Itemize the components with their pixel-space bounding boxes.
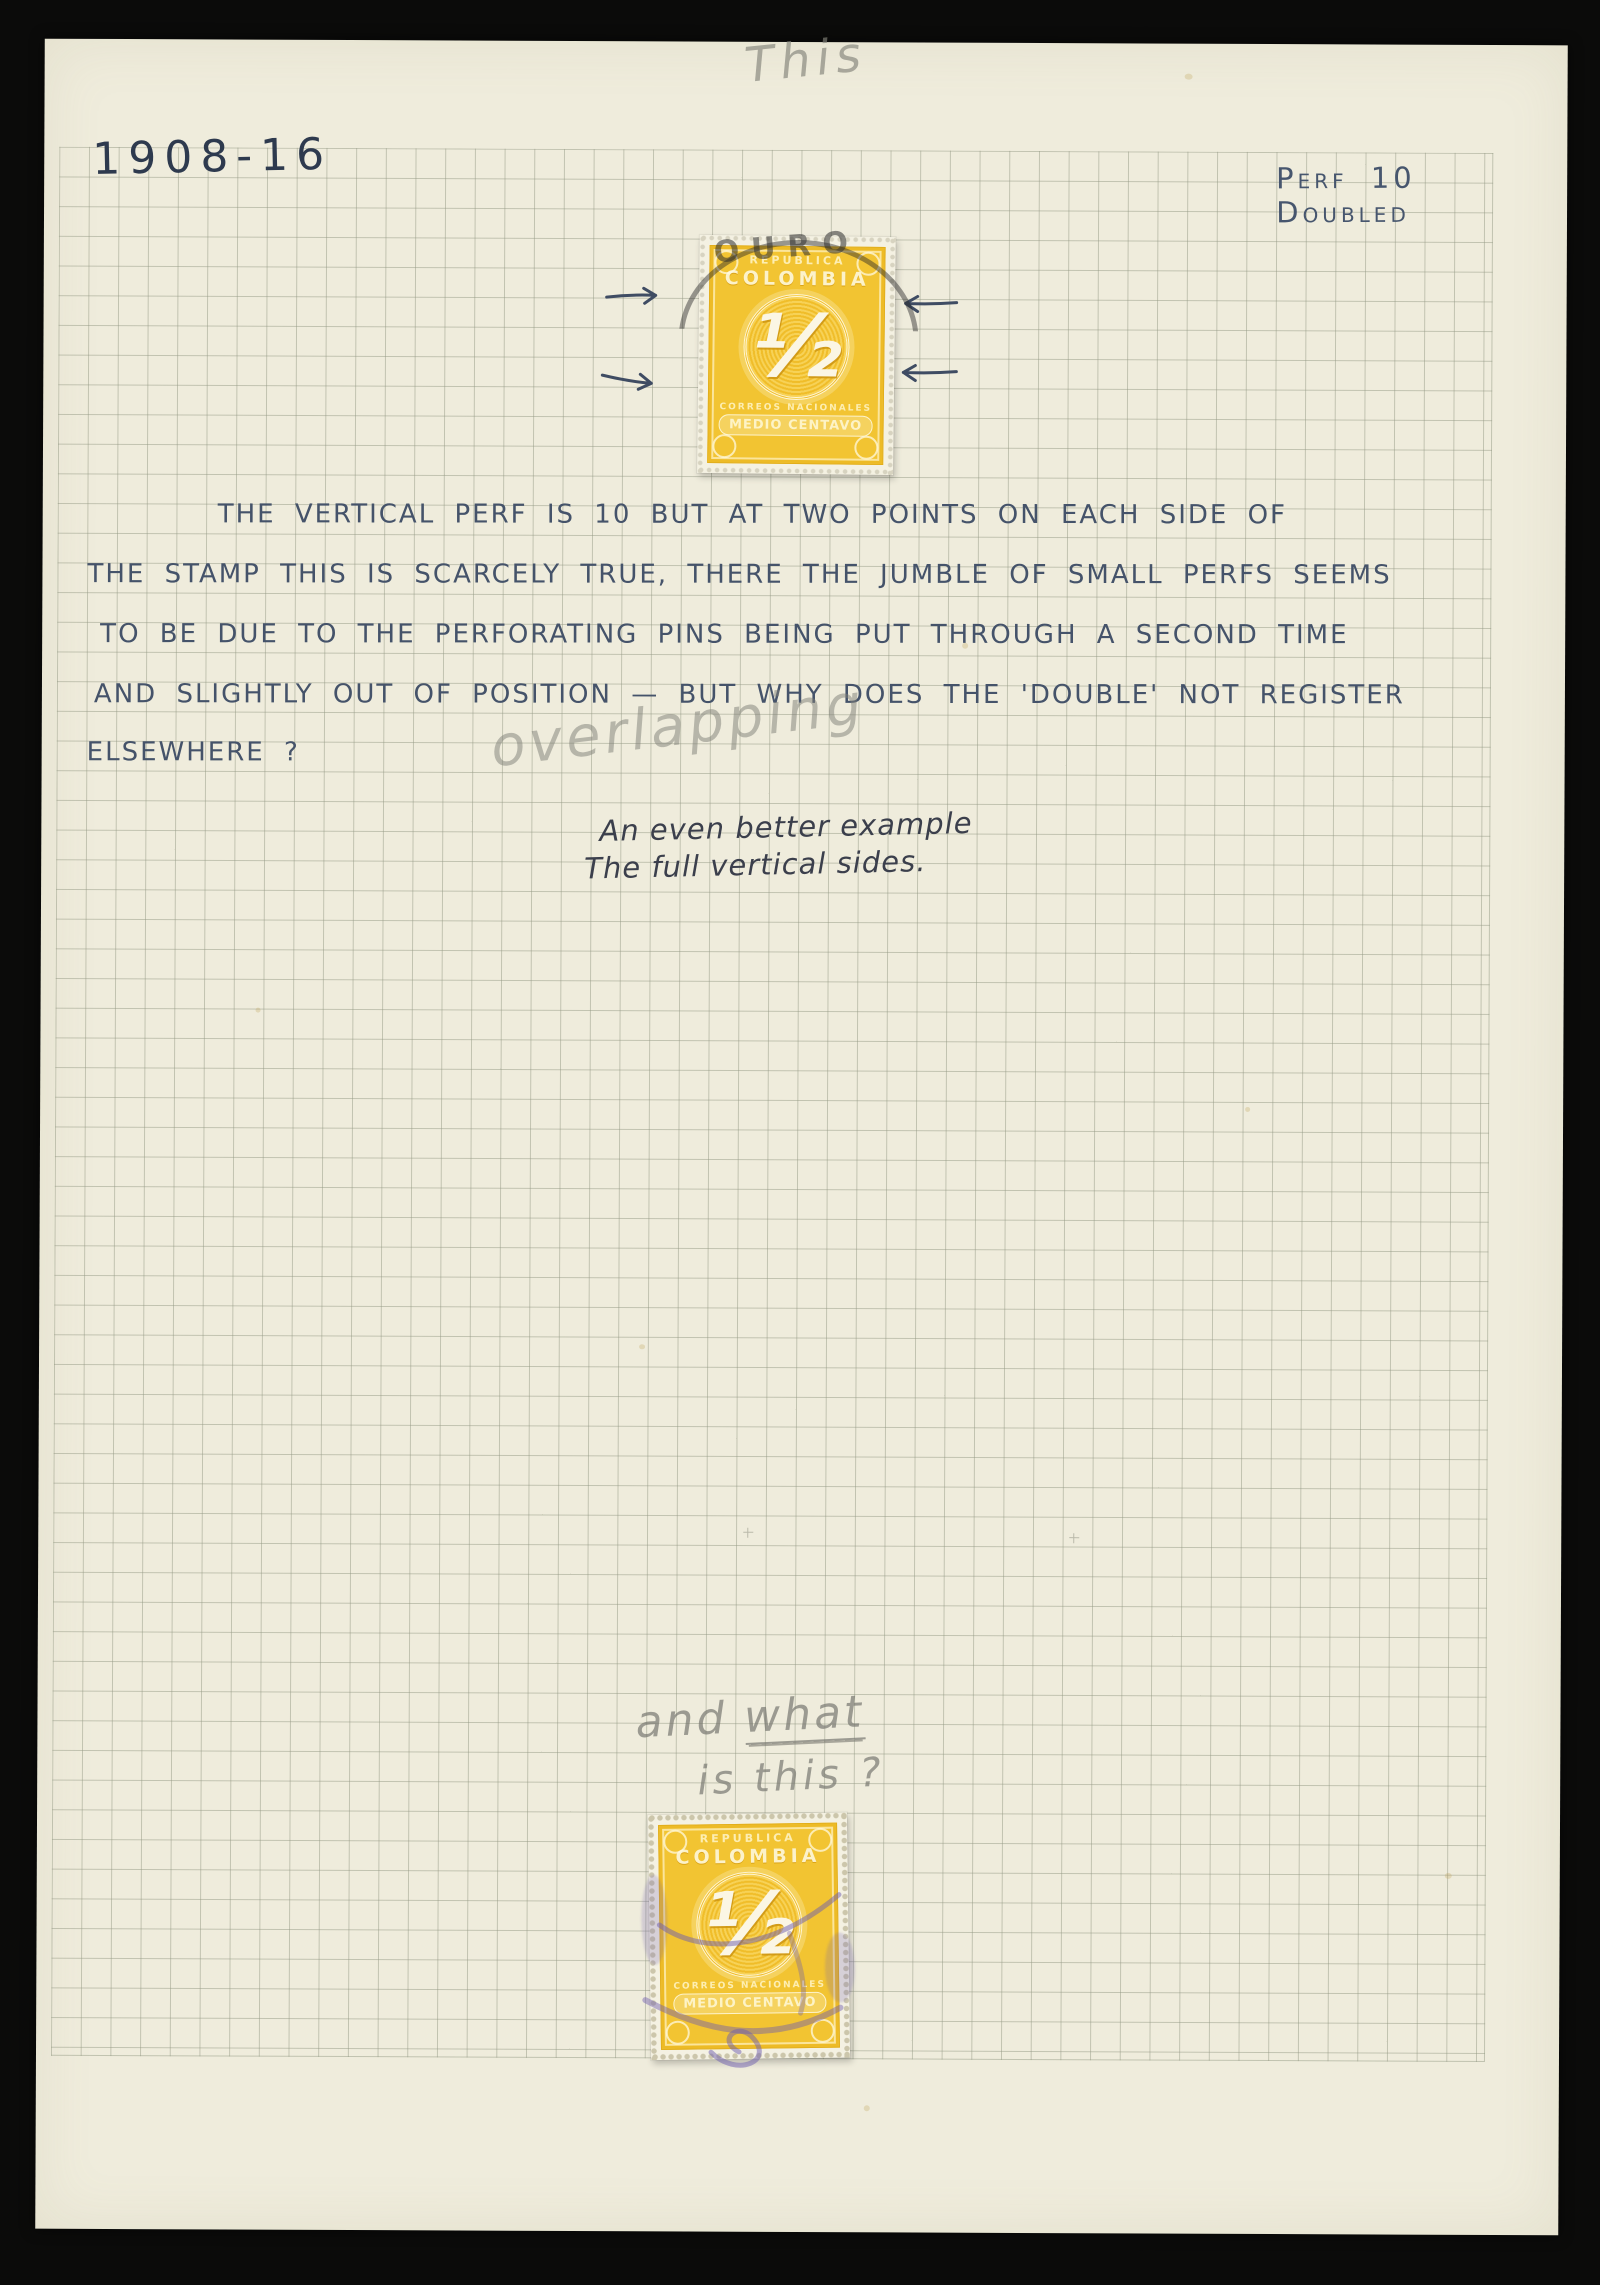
stamp-top: REPUBLICA COLOMBIA ½ CORREOS NACIONALES … bbox=[697, 235, 896, 475]
stamp-design: REPUBLICA COLOMBIA ½ CORREOS NACIONALES … bbox=[658, 1823, 840, 2050]
arrow-right-icon bbox=[604, 283, 668, 309]
arrow-left-icon bbox=[894, 290, 960, 316]
pencil-question-word: and bbox=[634, 1692, 745, 1748]
paper-speck bbox=[256, 1008, 261, 1013]
pencil-question-line1: and what bbox=[634, 1686, 865, 1748]
paper-speck bbox=[1445, 1873, 1452, 1879]
stamp-republica-label: REPUBLICA bbox=[749, 253, 845, 267]
stamp-value-circle: ½ bbox=[695, 1871, 802, 1978]
stamp-banner: MEDIO CENTAVO bbox=[673, 1992, 827, 2015]
corner-ornament-icon bbox=[666, 2021, 690, 2045]
corner-ornament-icon bbox=[856, 252, 880, 276]
stamp-ring-text: CORREOS NACIONALES bbox=[673, 1980, 826, 1992]
paper-speck bbox=[1245, 1107, 1250, 1112]
stamp-value: ½ bbox=[704, 1881, 794, 1968]
corner-ornament-icon bbox=[808, 1828, 832, 1852]
corner-ornament-icon bbox=[811, 2019, 835, 2043]
ink-smudge bbox=[824, 1932, 855, 2002]
paragraph-line: TO BE DUE TO THE PERFORATING PINS BEING … bbox=[100, 619, 1348, 650]
album-page: This 1908-16 Perf 10 Doubled REPUBLICA C… bbox=[35, 39, 1568, 2236]
stamp-banner: MEDIO CENTAVO bbox=[719, 414, 872, 437]
corner-ornament-icon bbox=[663, 1830, 687, 1854]
corner-ornament-icon bbox=[712, 434, 736, 458]
stamp-country-label: COLOMBIA bbox=[675, 1845, 820, 1869]
perforation-edge bbox=[696, 235, 707, 473]
stamp-design: REPUBLICA COLOMBIA ½ CORREOS NACIONALES … bbox=[707, 245, 885, 465]
perforation-edge bbox=[651, 2050, 850, 2061]
paragraph-line: THE VERTICAL PERF IS 10 BUT AT TWO POINT… bbox=[218, 499, 1287, 530]
arrow-right-icon bbox=[599, 365, 663, 395]
stamp-country-label: COLOMBIA bbox=[725, 267, 870, 291]
paper-speck bbox=[864, 2105, 870, 2111]
header-right-label: Perf 10 Doubled bbox=[1276, 160, 1567, 229]
perforation-edge bbox=[700, 234, 896, 244]
paper-speck bbox=[639, 1344, 645, 1349]
stamp-bottom: REPUBLICA COLOMBIA ½ CORREOS NACIONALES … bbox=[648, 1812, 850, 2060]
guide-cross bbox=[743, 1528, 753, 1538]
year-label: 1908-16 bbox=[92, 129, 333, 185]
top-pencil-scribble: This bbox=[742, 26, 869, 94]
stamp-value: ½ bbox=[752, 303, 842, 390]
arrow-left-icon bbox=[891, 358, 959, 384]
corner-ornament-icon bbox=[854, 436, 878, 460]
perforation-edge bbox=[648, 1811, 847, 1822]
stamp-ring-text: CORREOS NACIONALES bbox=[720, 402, 873, 414]
paragraph-line: ELSEWHERE ? bbox=[87, 737, 300, 767]
paragraph-line: THE STAMP THIS IS SCARCELY TRUE, THERE T… bbox=[87, 559, 1391, 590]
paper-speck bbox=[1185, 74, 1193, 80]
stamp-republica-label: REPUBLICA bbox=[700, 1831, 796, 1845]
pencil-question-line2: is this ? bbox=[696, 1749, 886, 1804]
pencil-question-word-underlined: what bbox=[743, 1686, 865, 1745]
guide-cross bbox=[1069, 1533, 1079, 1543]
stamp-value-circle: ½ bbox=[743, 293, 850, 400]
corner-ornament-icon bbox=[714, 250, 738, 274]
